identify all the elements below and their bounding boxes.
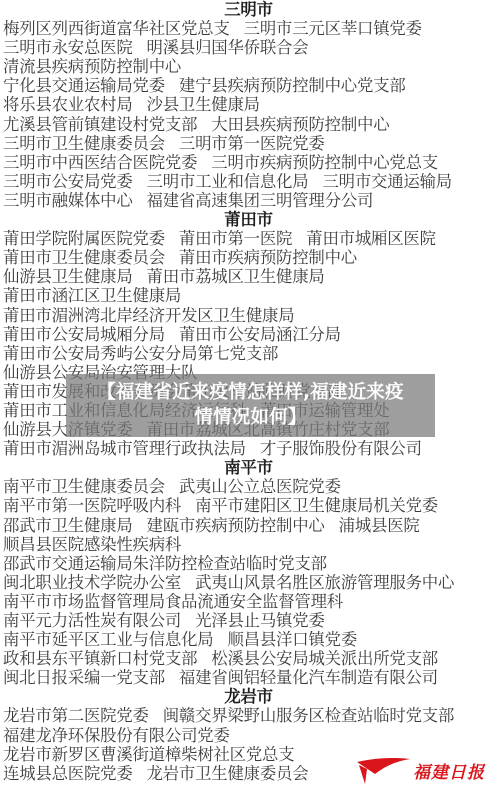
honoree-row: 梅列区列西街道富华社区党总支三明市三元区莘口镇党委 — [3, 19, 500, 38]
honoree-name: 龙岩市新罗区曹溪街道樟柴树社区党总支 — [3, 745, 294, 764]
honoree-row: 三明市卫生健康委员会三明市第一医院党委 — [3, 134, 500, 153]
honoree-name: 尤溪县管前镇建设村党支部 — [3, 115, 197, 134]
fujian-daily-wordmark: 福建日报 — [413, 758, 485, 783]
honoree-name: 闽北职业技术学院办公室 — [3, 573, 181, 592]
honoree-row: 仙游县卫生健康局莆田市荔城区卫生健康局 — [3, 267, 500, 286]
honoree-row: 三明市公安局党委三明市工业和信息化局三明市交通运输局 — [3, 172, 500, 191]
honoree-name: 莆田市城厢区医院 — [306, 229, 436, 248]
fujian-daily-logo: 福建日报 — [355, 752, 485, 792]
honoree-row: 宁化县交通运输局党委建宁县疾病预防控制中心党支部 — [3, 76, 500, 95]
honoree-name: 连城县总医院党委 — [3, 764, 133, 783]
honoree-name: 福建龙净环保股份有限公司党委 — [3, 726, 230, 745]
honoree-name: 三明市中西医结合医院党委 — [3, 153, 197, 172]
honoree-name: 闽北日报采编一党支部 — [3, 668, 165, 687]
honoree-row: 三明市融媒体中心福建省高速集团三明管理分公司 — [3, 191, 500, 210]
city-heading: 三明市 — [3, 0, 500, 19]
article-title-overlay: 【福建省近来疫情怎样样,福建近来疫 情情况如何】 — [66, 374, 435, 437]
honoree-name: 莆田市湄洲湾北岸经济开发区卫生健康局 — [3, 306, 294, 325]
honoree-row: 闽北日报采编一党支部福建省闽铝轻量化汽车制造有限公司 — [3, 668, 500, 687]
honoree-row: 顺昌县医院感染性疾病科 — [3, 535, 500, 554]
honoree-row: 尤溪县管前镇建设村党支部大田县疾病预防控制中心 — [3, 115, 500, 134]
honoree-row: 政和县东平镇新口村党支部松溪县公安局城关派出所党支部 — [3, 649, 500, 668]
honoree-name: 莆田市第一医院 — [179, 229, 292, 248]
honoree-name: 松溪县公安局城关派出所党支部 — [211, 649, 438, 668]
honoree-row: 三明市中西医结合医院党委三明市疾病预防控制中心党总支 — [3, 153, 500, 172]
honoree-name: 三明市公安局党委 — [3, 172, 133, 191]
honoree-name: 大田县疾病预防控制中心 — [211, 115, 389, 134]
honoree-name: 梅列区列西街道富华社区党总支 — [3, 19, 230, 38]
honoree-name: 三明市第一医院党委 — [179, 134, 325, 153]
honoree-name: 建瓯市疾病预防控制中心 — [147, 516, 325, 535]
honoree-row: 莆田市公安局城厢分局莆田市公安局涵江分局 — [3, 325, 500, 344]
honoree-name: 莆田市湄洲岛城市管理行政执法局 — [3, 439, 246, 458]
honoree-row: 南平元力活性炭有限公司光泽县止马镇党委 — [3, 611, 500, 630]
honoree-row: 福建龙净环保股份有限公司党委 — [3, 726, 500, 745]
honoree-row: 邵武市交通运输局朱洋防控检查站临时党支部 — [3, 554, 500, 573]
honoree-name: 三明市三元区莘口镇党委 — [244, 19, 422, 38]
honoree-name: 莆田市疾病预防控制中心 — [179, 248, 357, 267]
fujian-daily-swoosh-icon — [355, 756, 411, 790]
honoree-row: 龙岩市第二医院党委闽赣交界梁野山服务区检查站临时党支部 — [3, 706, 500, 725]
honoree-name: 才子服饰股份有限公司 — [260, 439, 422, 458]
honoree-name: 三明市融媒体中心 — [3, 191, 133, 210]
honoree-row: 南平市卫生健康委员会武夷山公立总医院党委 — [3, 477, 500, 496]
city-heading: 龙岩市 — [3, 687, 500, 706]
honoree-row: 莆田学院附属医院党委莆田市第一医院莆田市城厢区医院 — [3, 229, 500, 248]
honoree-row: 清流县疾病预防控制中心 — [3, 57, 500, 76]
honoree-name: 仙游县卫生健康局 — [3, 267, 133, 286]
honoree-name: 南平市延平区工业与信息化局 — [3, 630, 213, 649]
honoree-name: 莆田市公安局秀屿公安分局第七党支部 — [3, 344, 278, 363]
honoree-name: 邵武市卫生健康局 — [3, 516, 133, 535]
honoree-name: 闽赣交界梁野山服务区检查站临时党支部 — [163, 706, 454, 725]
honoree-row: 将乐县农业农村局沙县卫生健康局 — [3, 95, 500, 114]
overlay-title-line-1: 【福建省近来疫情怎样样,福建近来疫 — [66, 380, 435, 405]
honoree-row: 莆田市卫生健康委员会莆田市疾病预防控制中心 — [3, 248, 500, 267]
honoree-name: 三明市交通运输局 — [322, 172, 452, 191]
honoree-row: 闽北职业技术学院办公室武夷山风景名胜区旅游管理服务中心 — [3, 573, 500, 592]
honoree-name: 福建省闽铝轻量化汽车制造有限公司 — [179, 668, 438, 687]
honoree-row: 南平市延平区工业与信息化局顺昌县洋口镇党委 — [3, 630, 500, 649]
honoree-name: 莆田市公安局城厢分局 — [3, 325, 165, 344]
overlay-title-line-2: 情情况如何】 — [66, 405, 435, 430]
honoree-name: 莆田市卫生健康委员会 — [3, 248, 165, 267]
honoree-name: 三明市永安总医院 — [3, 38, 133, 57]
honoree-row: 南平市第一医院呼吸内科南平市建阳区卫生健康局机关党委 — [3, 496, 500, 515]
honoree-name: 莆田市荔城区卫生健康局 — [147, 267, 325, 286]
city-heading: 南平市 — [3, 458, 500, 477]
honoree-name: 清流县疾病预防控制中心 — [3, 57, 181, 76]
honoree-name: 南平市第一医院呼吸内科 — [3, 496, 181, 515]
honoree-name: 政和县东平镇新口村党支部 — [3, 649, 197, 668]
honoree-name: 福建省高速集团三明管理分公司 — [147, 191, 374, 210]
honoree-name: 明溪县归国华侨联合会 — [147, 38, 309, 57]
honoree-name: 莆田学院附属医院党委 — [3, 229, 165, 248]
honoree-name: 三明市工业和信息化局 — [147, 172, 309, 191]
honoree-name: 武夷山公立总医院党委 — [179, 477, 341, 496]
honoree-row: 莆田市湄洲湾北岸经济开发区卫生健康局 — [3, 306, 500, 325]
honoree-name: 顺昌县医院感染性疾病科 — [3, 535, 181, 554]
honoree-name: 三明市卫生健康委员会 — [3, 134, 165, 153]
honoree-name: 沙县卫生健康局 — [147, 95, 260, 114]
honoree-name: 莆田市公安局涵江分局 — [179, 325, 341, 344]
honoree-row: 三明市永安总医院明溪县归国华侨联合会 — [3, 38, 500, 57]
honoree-name: 宁化县交通运输局党委 — [3, 76, 165, 95]
honoree-name: 将乐县农业农村局 — [3, 95, 133, 114]
honoree-name: 武夷山风景名胜区旅游管理服务中心 — [195, 573, 454, 592]
honoree-name: 三明市疾病预防控制中心党总支 — [211, 153, 438, 172]
honoree-name: 南平市建阳区卫生健康局机关党委 — [195, 496, 438, 515]
honoree-name: 建宁县疾病预防控制中心党支部 — [179, 76, 406, 95]
honoree-name: 南平市卫生健康委员会 — [3, 477, 165, 496]
honoree-name: 顺昌县洋口镇党委 — [227, 630, 357, 649]
honoree-row: 邵武市卫生健康局建瓯市疾病预防控制中心浦城县医院 — [3, 516, 500, 535]
honoree-row: 莆田市涵江区卫生健康局 — [3, 286, 500, 305]
honoree-name: 光泽县止马镇党委 — [195, 611, 325, 630]
honoree-row: 南平市市场监督管理局食品流通安全监督管理科 — [3, 592, 500, 611]
honoree-name: 龙岩市卫生健康委员会 — [147, 764, 309, 783]
honoree-name: 邵武市交通运输局朱洋防控检查站临时党支部 — [3, 554, 327, 573]
honoree-row: 莆田市湄洲岛城市管理行政执法局才子服饰股份有限公司 — [3, 439, 500, 458]
city-heading: 莆田市 — [3, 210, 500, 229]
honoree-name: 龙岩市第二医院党委 — [3, 706, 149, 725]
honoree-name: 南平元力活性炭有限公司 — [3, 611, 181, 630]
honoree-name: 浦城县医院 — [339, 516, 420, 535]
honoree-name: 南平市市场监督管理局食品流通安全监督管理科 — [3, 592, 343, 611]
honoree-row: 莆田市公安局秀屿公安分局第七党支部 — [3, 344, 500, 363]
honoree-name: 莆田市涵江区卫生健康局 — [3, 286, 181, 305]
